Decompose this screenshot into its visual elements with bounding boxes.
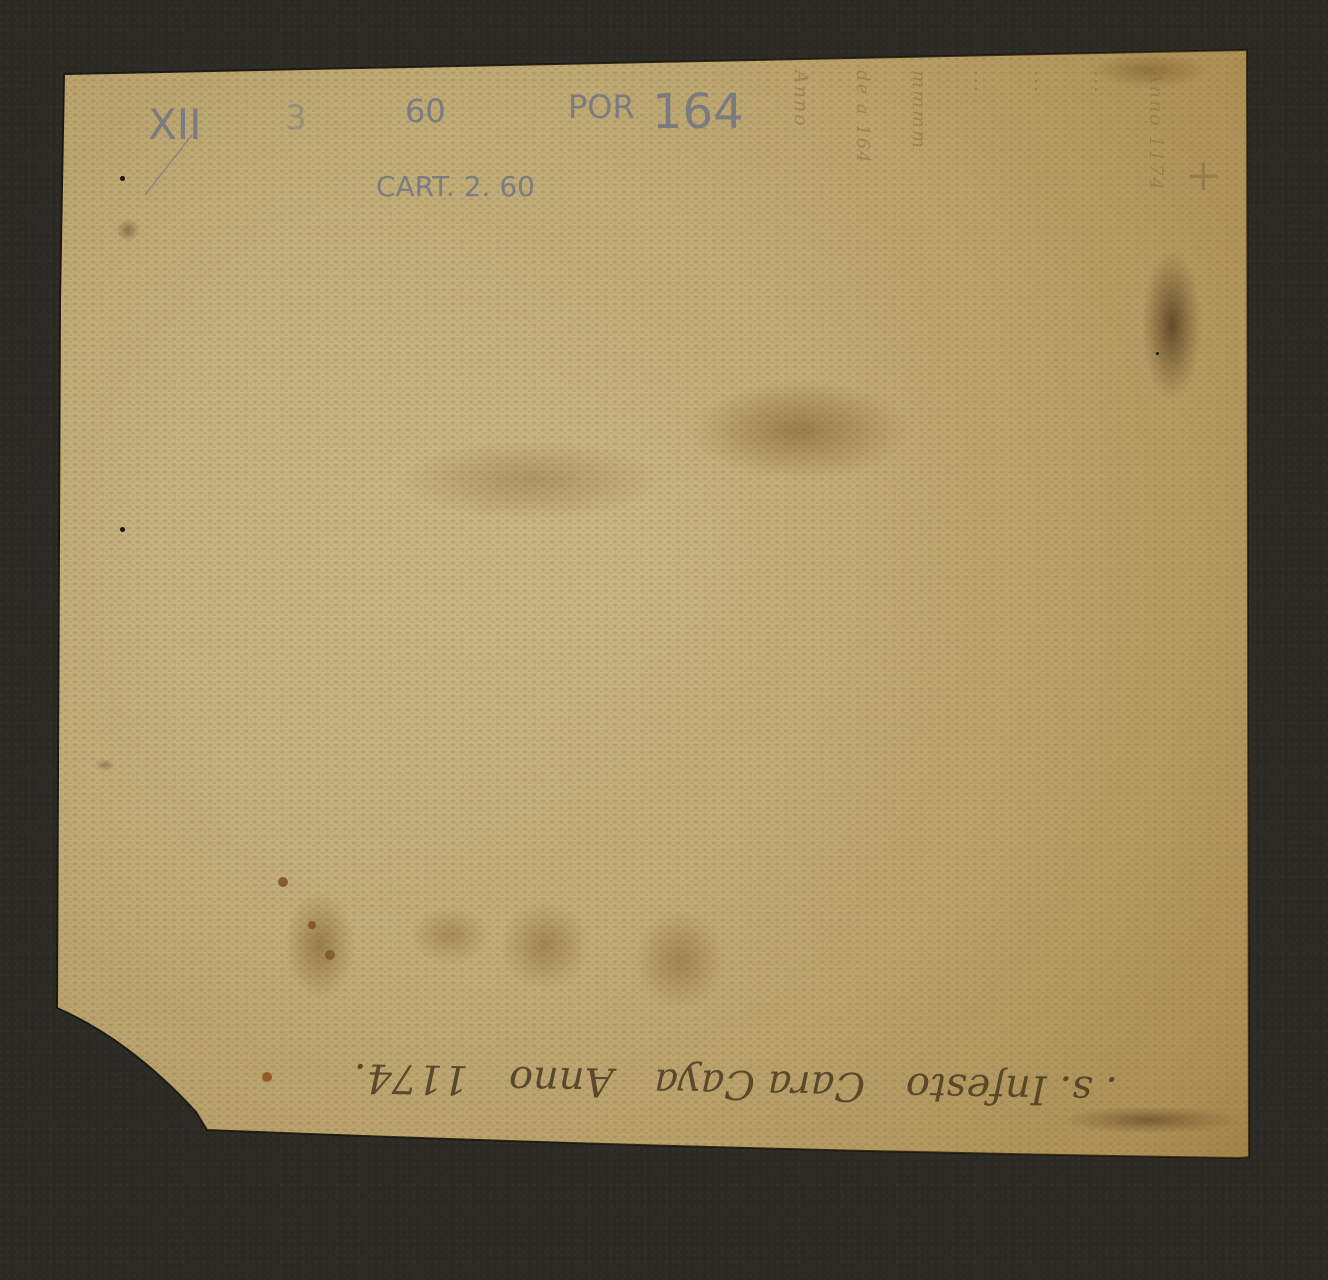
inscription-part: . s. Infesto xyxy=(905,1064,1118,1114)
inscription-year: 1174. xyxy=(353,1054,468,1102)
number-60-mark: 60 xyxy=(405,92,446,130)
vertical-note-col: ... xyxy=(1090,70,1112,94)
pin-hole xyxy=(1156,352,1159,355)
crossed-number-mark: 3 xyxy=(285,98,307,138)
shelfmark-prefix: POR xyxy=(568,88,635,126)
vertical-note-col: mmmm xyxy=(908,70,930,150)
cross-mark: + xyxy=(1185,150,1222,201)
vertical-note-col: Anno xyxy=(790,70,812,128)
inscription-part: Cara Caya xyxy=(654,1059,866,1109)
vertical-note-col: de a 164 xyxy=(852,70,873,165)
pin-hole xyxy=(120,176,125,181)
shelfmark-number: 164 xyxy=(652,84,744,140)
vertical-endorsement-notes: Anno de a 164 mmmm ... ... ... Anno 1174… xyxy=(790,70,1230,260)
inscription-part: Anno xyxy=(509,1057,614,1105)
pin-hole xyxy=(120,527,125,532)
vertical-note-col: ... xyxy=(970,70,992,94)
vertical-note-col: ... xyxy=(1030,70,1052,94)
roman-numeral-mark: XII xyxy=(148,100,202,149)
vertical-note-col: Anno 1174 xyxy=(1145,70,1167,192)
parchment-sheet: XII 3 60 POR 164 CART. 2. 60 Anno de a 1… xyxy=(0,0,1328,1280)
cart-reference: CART. 2. 60 xyxy=(376,170,535,203)
